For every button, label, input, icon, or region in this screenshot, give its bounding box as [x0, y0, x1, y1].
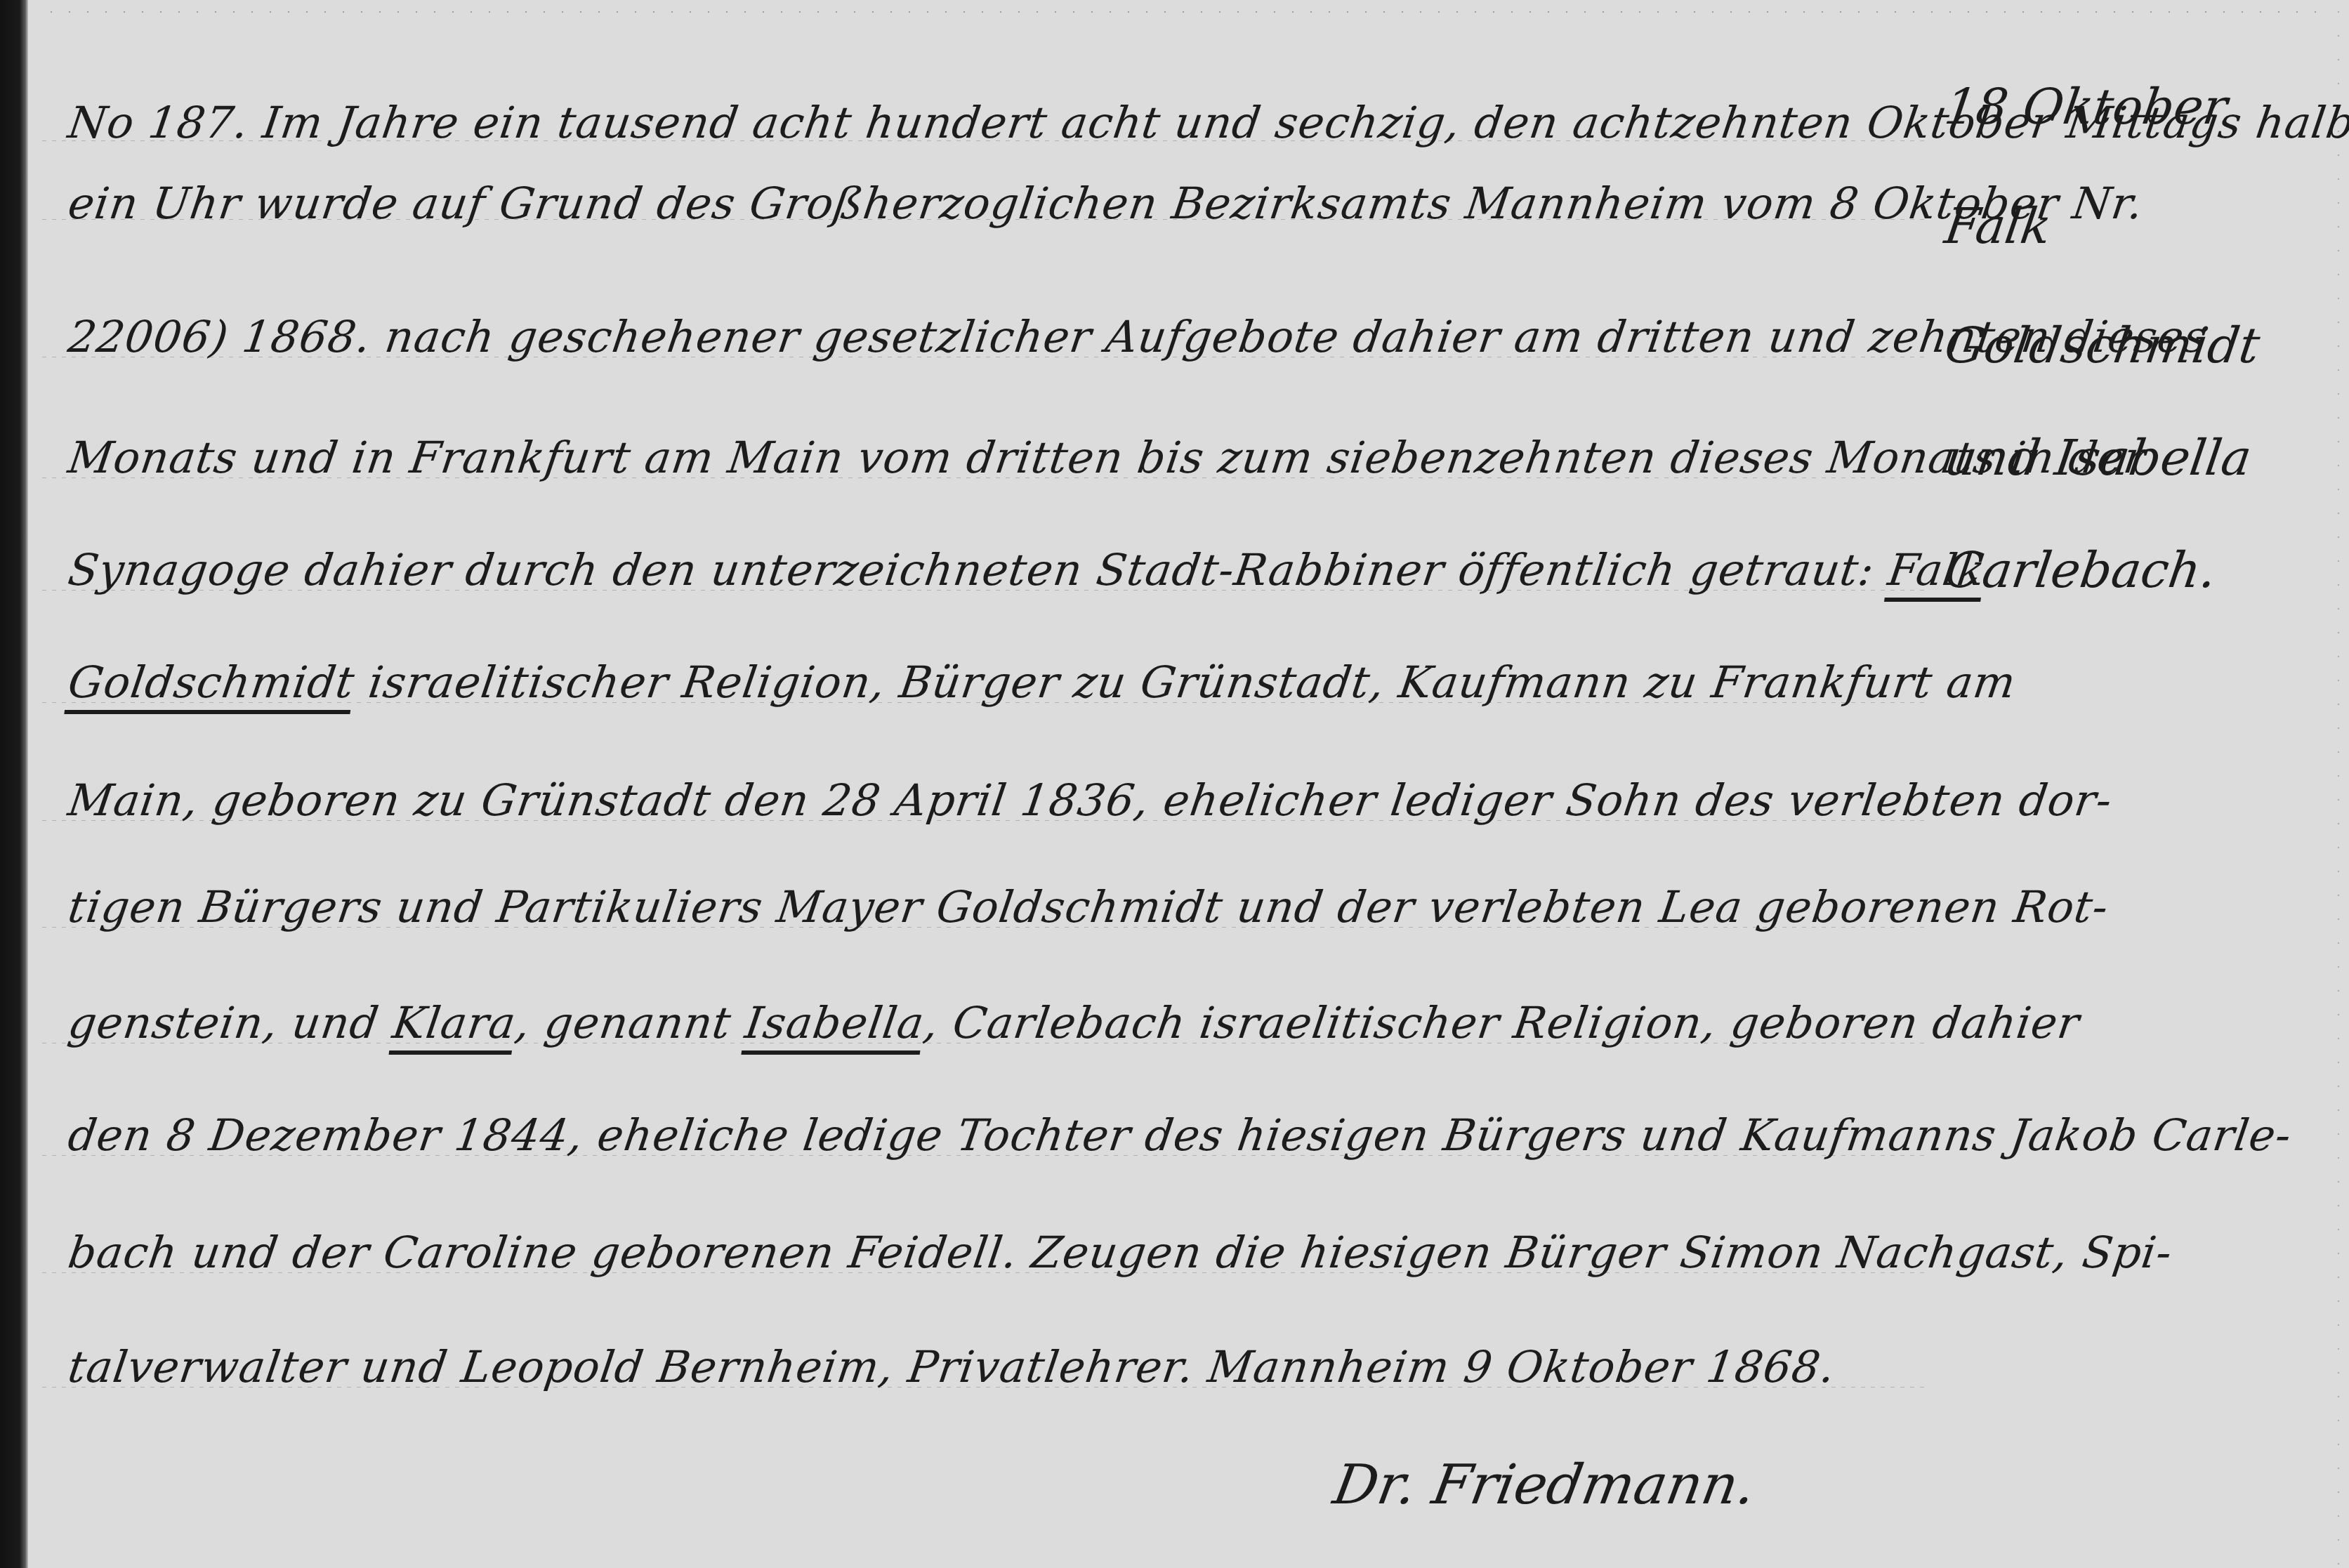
- margin-groom-surname: Goldschmidt: [1941, 316, 2263, 375]
- entry-line-9-text-c: , Carlebach israelitischer Religion, geb…: [921, 997, 2083, 1048]
- margin-bride-first-name: und Isabella: [1941, 428, 2255, 487]
- groom-surname: Goldschmidt: [65, 657, 358, 708]
- rabbi-signature: Dr. Friedmann.: [1329, 1454, 1761, 1517]
- entry-line-10: den 8 Dezember 1844, eheliche ledige Toc…: [65, 1107, 1926, 1164]
- entry-line-1: No 187. Im Jahre ein tausend acht hunder…: [65, 95, 1926, 151]
- entry-line-2: ein Uhr wurde auf Grund des Großherzogli…: [65, 176, 1926, 232]
- entry-line-9: genstein, und Klara, genannt Isabella, C…: [65, 995, 1926, 1051]
- right-ruling-marks: [2336, 0, 2341, 1568]
- margin-date: 18 Oktober: [1941, 77, 2231, 136]
- bride-called-name: Isabella: [742, 997, 928, 1048]
- entry-line-5: Synagoge dahier durch den unterzeichnete…: [65, 542, 1926, 598]
- top-ruling-marks: [42, 10, 2331, 14]
- entry-line-7: Main, geboren zu Grünstadt den 28 April …: [65, 772, 1926, 829]
- entry-line-8: tigen Bürgers und Partikuliers Mayer Gol…: [65, 879, 1926, 935]
- entry-line-5-text: Synagoge dahier durch den unterzeichnete…: [65, 544, 1893, 595]
- entry-line-9-text-a: genstein, und: [65, 997, 397, 1048]
- entry-line-9-text-b: , genannt: [512, 997, 749, 1048]
- entry-line-6-text: israelitischer Religion, Bürger zu Grüns…: [351, 657, 2020, 708]
- entry-line-4: Monats und in Frankfurt am Main vom drit…: [65, 430, 1926, 486]
- bride-first-name: Klara: [390, 997, 520, 1048]
- entry-line-6: Goldschmidt israelitischer Religion, Bür…: [65, 654, 1926, 711]
- entry-line-3: 22006) 1868. nach geschehener gesetzlich…: [65, 309, 1926, 365]
- entry-line-11: bach und der Caroline geborenen Feidell.…: [65, 1225, 1926, 1281]
- margin-groom-first-name: Falk: [1941, 197, 2055, 256]
- margin-bride-surname: Carlebach.: [1941, 541, 2220, 600]
- page-binding-edge: [0, 0, 28, 1568]
- entry-line-12: talverwalter und Leopold Bernheim, Priva…: [65, 1339, 1926, 1395]
